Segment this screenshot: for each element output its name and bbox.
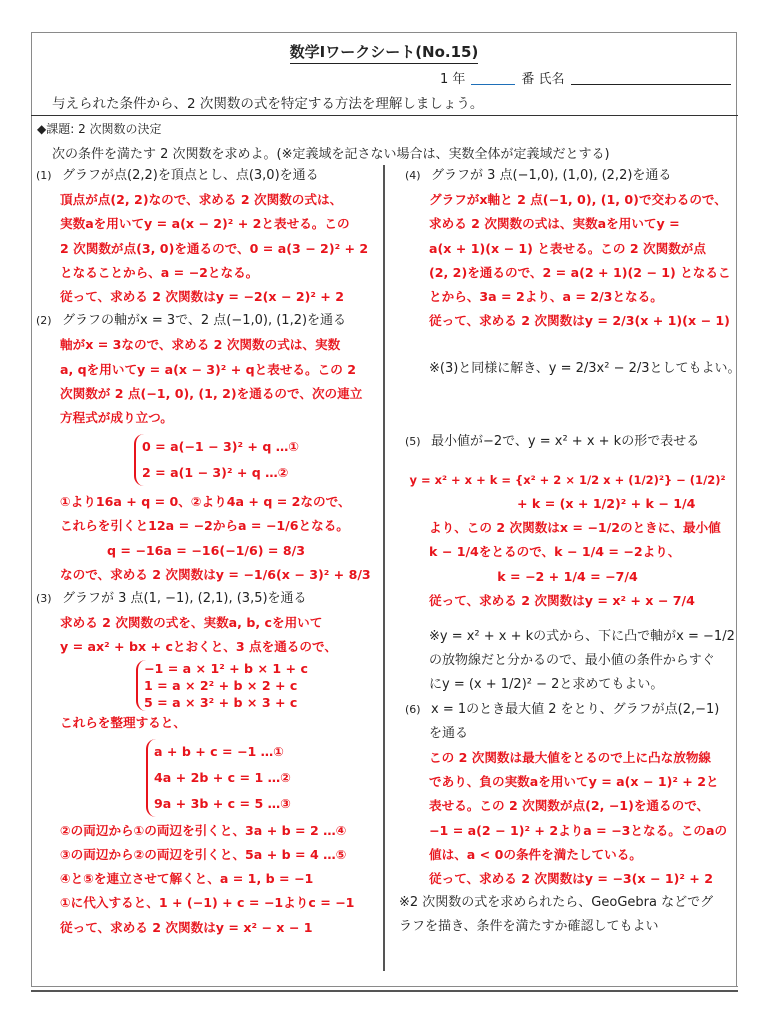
problem-4-answer-line: グラフがx軸と 2 点(−1, 0), (1, 0)で交わるので、 — [405, 188, 730, 212]
problem-1-answer-line: 2 次関数が点(3, 0)を通るので、0 = a(3 − 2)² + 2 — [36, 237, 376, 261]
number-name-label: 番 氏名 — [521, 72, 564, 87]
problem-6-question: (6)x = 1のとき最大値 2 をとり、グラフが点(2,−1) — [405, 698, 730, 722]
worksheet-title: 数学Ⅰワークシート(No.15) — [0, 41, 768, 62]
problem-5-answer-line: より、この 2 次関数はx = −1/2のときに、最小値 — [405, 516, 730, 540]
problem-2-answer-line: 軸がx = 3なので、求める 2 次関数の式は、実数 — [36, 333, 376, 357]
problem-3-answer-line: ④と⑤を連立させて解くと、a = 1, b = −1 — [36, 867, 376, 891]
problem-1-answer-line: となることから、a = −2となる。 — [36, 261, 376, 285]
header-divider — [31, 115, 738, 116]
bottom-rule-double — [31, 990, 738, 992]
problem-5-question: (5)最小値が−2で、y = x² + x + kの形で表せる — [405, 430, 730, 454]
problem-2-question: (2)グラフの軸がx = 3で、2 点(−1,0), (1,2)を通る — [36, 309, 376, 333]
problem-6-answer-line: であり、負の実数aを用いてy = a(x − 1)² + 2と — [405, 770, 730, 794]
footer-note: ※2 次関数の式を求められたら、GeoGebra などでグ — [399, 891, 730, 915]
intro-text: 与えられた条件から、2 次関数の式を特定する方法を理解しましょう。 — [52, 92, 483, 112]
problem-2-equation-system: 0 = a(−1 − 3)² + q …① 2 = a(1 − 3)² + q … — [134, 434, 376, 486]
problem-3-equation-system-2: a + b + c = −1 …① 4a + 2b + c = 1 …② 9a … — [146, 739, 376, 817]
class-number-field[interactable] — [471, 84, 515, 85]
problem-6-answer-line: −1 = a(2 − 1)² + 2よりa = −3となる。このaの — [405, 819, 730, 843]
task-instruction: 次の条件を満たす 2 次関数を求めよ。(※定義域を記さない場合は、実数全体が定義… — [52, 143, 610, 162]
problem-2-answer-line: 次関数が 2 点(−1, 0), (1, 2)を通るので、次の連立 — [36, 382, 376, 406]
problem-3-answer-line: 求める 2 次関数の式を、実数a, b, cを用いて — [36, 611, 376, 635]
left-column: (1)グラフが点(2,2)を頂点とし、点(3,0)を通る 頂点が点(2, 2)な… — [36, 164, 376, 940]
problem-5-note: にy = (x + 1/2)² − 2と求めてもよい。 — [405, 673, 730, 697]
problem-5-answer-line: k = −2 + 1/4 = −7/4 — [405, 565, 730, 589]
problem-3-equation-system-1: −1 = a × 1² + b × 1 + c 1 = a × 2² + b ×… — [136, 660, 376, 711]
footer-note: ラフを描き、条件を満たすか確認してもよい — [399, 915, 730, 939]
problem-4-note: ※(3)と同様に解き、y = 2/3x² − 2/3としてもよい。 — [405, 357, 730, 381]
problem-4-answer-line: 従って、求める 2 次関数はy = 2/3(x + 1)(x − 1) — [405, 309, 730, 333]
student-info-line: 1 年番 氏名 — [440, 68, 731, 87]
problem-2-answer-line: a, qを用いてy = a(x − 3)² + qと表せる。この 2 — [36, 358, 376, 382]
problem-2-answer-line: これらを引くと12a = −2からa = −1/6となる。 — [36, 514, 376, 538]
problem-6-answer-line: 従って、求める 2 次関数はy = −3(x − 1)² + 2 — [405, 867, 730, 891]
problem-5-answer-line: y = x² + x + k = {x² + 2 × 1/2 x + (1/2)… — [405, 468, 730, 492]
problem-3-answer-line: ②の両辺から①の両辺を引くと、3a + b = 2 …④ — [36, 819, 376, 843]
problem-4-answer-line: 求める 2 次関数の式は、実数aを用いてy = — [405, 212, 730, 236]
problem-4-question: (4)グラフが 3 点(−1,0), (1,0), (2,2)を通る — [405, 164, 730, 188]
grade-label: 1 年 — [440, 72, 465, 87]
task-heading: ◆課題: 2 次関数の決定 — [37, 120, 162, 137]
problem-2-answer-line: なので、求める 2 次関数はy = −1/6(x − 3)² + 8/3 — [36, 563, 376, 587]
problem-6-answer-line: 表せる。この 2 次関数が点(2, −1)を通るので、 — [405, 794, 730, 818]
problem-3-answer-line: y = ax² + bx + cとおくと、3 点を通るので、 — [36, 635, 376, 659]
problem-2-answer-line: q = −16a = −16(−1/6) = 8/3 — [36, 539, 376, 563]
problem-5-note: の放物線だと分かるので、最小値の条件からすぐ — [405, 649, 730, 673]
problem-3-question: (3)グラフが 3 点(1, −1), (2,1), (3,5)を通る — [36, 587, 376, 611]
problem-2-answer-line: 方程式が成り立つ。 — [36, 406, 376, 430]
problem-3-answer-line: 従って、求める 2 次関数はy = x² − x − 1 — [36, 916, 376, 940]
problem-5-note: ※y = x² + x + kの式から、下に凸で軸がx = −1/2 — [405, 625, 730, 649]
problem-1-answer-line: 頂点が点(2, 2)なので、求める 2 次関数の式は、 — [36, 188, 376, 212]
problem-6-answer-line: この 2 次関数は最大値をとるので上に凸な放物線 — [405, 746, 730, 770]
problem-2-answer-line: ①より16a + q = 0、②より4a + q = 2なので、 — [36, 490, 376, 514]
problem-3-answer-line: ③の両辺から②の両辺を引くと、5a + b = 4 …⑤ — [36, 843, 376, 867]
problem-6-question-cont: を通る — [405, 722, 730, 746]
bottom-rule — [31, 986, 738, 987]
problem-3-answer-line: これらを整理すると、 — [36, 711, 376, 735]
column-divider — [383, 165, 385, 971]
right-column: (4)グラフが 3 点(−1,0), (1,0), (2,2)を通る グラフがx… — [405, 164, 730, 940]
problem-4-answer-line: a(x + 1)(x − 1) と表せる。この 2 次関数が点 — [405, 237, 730, 261]
problem-1-answer-line: 実数aを用いてy = a(x − 2)² + 2と表せる。この — [36, 212, 376, 236]
problem-5-answer-line: + k = (x + 1/2)² + k − 1/4 — [405, 492, 730, 516]
problem-5-answer-line: k − 1/4をとるので、k − 1/4 = −2より、 — [405, 540, 730, 564]
problem-5-answer-line: 従って、求める 2 次関数はy = x² + x − 7/4 — [405, 589, 730, 613]
problem-1-answer-line: 従って、求める 2 次関数はy = −2(x − 2)² + 2 — [36, 285, 376, 309]
problem-4-answer-line: (2, 2)を通るので、2 = a(2 + 1)(2 − 1) となるこ — [405, 261, 730, 285]
student-name-field[interactable] — [571, 84, 731, 85]
problem-4-answer-line: とから、3a = 2より、a = 2/3となる。 — [405, 285, 730, 309]
problem-6-answer-line: 値は、a < 0の条件を満たしている。 — [405, 843, 730, 867]
problem-1-question: (1)グラフが点(2,2)を頂点とし、点(3,0)を通る — [36, 164, 376, 188]
problem-3-answer-line: ①に代入すると、1 + (−1) + c = −1よりc = −1 — [36, 891, 376, 915]
